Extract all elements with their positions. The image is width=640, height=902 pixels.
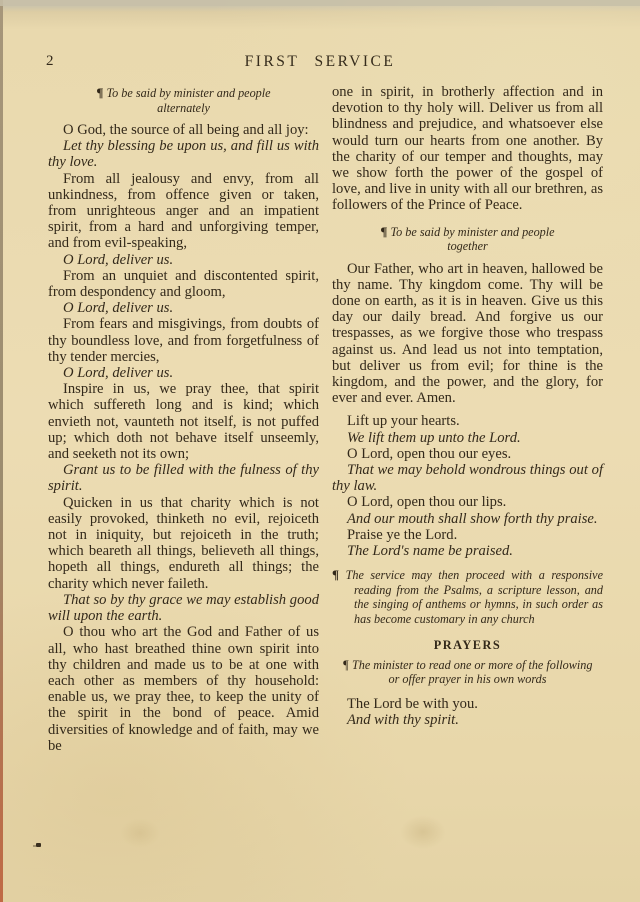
prayer-paragraph: Quicken in us that charity which is not … [48, 495, 319, 592]
versicle: O Lord, open thou our eyes. [332, 446, 603, 462]
rubric-together: ¶ To be said by minister and people toge… [332, 225, 603, 254]
rubric-line-2: together [332, 239, 603, 254]
paper-stain [400, 815, 446, 849]
versicle: The Lord be with you. [332, 696, 603, 712]
rubric-line-1: ¶ To be said by minister and people [332, 225, 603, 240]
right-column-body: one in spirit, in brotherly affection an… [332, 84, 603, 214]
prayers-heading: PRAYERS [332, 638, 603, 653]
versicle-response: And our mouth shall show forth thy prais… [332, 511, 603, 527]
versicle-response: O Lord, deliver us. [48, 300, 319, 316]
rubric-text: To be said by minister and people [391, 225, 555, 239]
lords-prayer-block: Our Father, who art in heaven, hallowed … [332, 261, 603, 407]
pilcrow-mark: ¶ [380, 224, 387, 239]
right-column: one in spirit, in brotherly affection an… [332, 84, 603, 754]
minister-rubric-note: ¶ The minister to read one or more of th… [332, 658, 603, 687]
prayer-paragraph: From fears and misgivings, from doubts o… [48, 316, 319, 365]
minister-note-line-2: or offer prayer in his own words [332, 672, 603, 687]
versicle-response: Grant us to be filled with the fulness o… [48, 462, 319, 494]
versicle-response: O Lord, deliver us. [48, 365, 319, 381]
prayer-paragraph: O God, the source of all being and all j… [48, 122, 319, 138]
versicle: O Lord, open thou our lips. [332, 494, 603, 510]
rubric-line-2: alternately [48, 101, 319, 116]
left-column-body: O God, the source of all being and all j… [48, 122, 319, 754]
scan-top-edge [0, 0, 640, 6]
service-rubric-note: ¶ The service may then proceed with a re… [332, 568, 603, 626]
pilcrow-mark: ¶ [343, 658, 349, 672]
versicle-response: And with thy spirit. [332, 712, 603, 728]
service-rubric-text: The service may then proceed with a resp… [346, 568, 603, 626]
pilcrow-mark: ¶ [332, 567, 339, 582]
closing-versicles-block: The Lord be with you. And with thy spiri… [332, 696, 603, 728]
scan-left-edge [0, 0, 3, 902]
rubric-text: To be said by minister and people [107, 86, 271, 100]
rubric-alternately: ¶ To be said by minister and people alte… [48, 86, 319, 115]
prayer-paragraph: O thou who art the God and Father of us … [48, 624, 319, 754]
versicle: Praise ye the Lord. [332, 527, 603, 543]
pilcrow-mark: ¶ [96, 85, 103, 100]
prayer-paragraph-continued: one in spirit, in brotherly affection an… [332, 84, 603, 214]
versicle-response: We lift them up unto the Lord. [332, 430, 603, 446]
versicle-response: That so by thy grace we may establish go… [48, 592, 319, 624]
versicle-response: That we may behold wondrous things out o… [332, 462, 603, 494]
versicle-response: Let thy blessing be upon us, and fill us… [48, 138, 319, 170]
versicle-response: O Lord, deliver us. [48, 252, 319, 268]
spacer [332, 406, 603, 413]
left-column: ¶ To be said by minister and people alte… [48, 84, 319, 754]
versicle: Lift up your hearts. [332, 413, 603, 429]
rubric-line-1: ¶ To be said by minister and people [48, 86, 319, 101]
minister-note-line-1: ¶ The minister to read one or more of th… [332, 658, 603, 673]
lords-prayer: Our Father, who art in heaven, hallowed … [332, 261, 603, 407]
paper-stain [120, 818, 160, 848]
versicle-response: The Lord's name be praised. [332, 543, 603, 559]
prayer-paragraph: From all jealousy and envy, from all unk… [48, 171, 319, 252]
minister-note-text: The minister to read one or more of the … [352, 658, 592, 672]
prayer-paragraph: From an unquiet and discontented spirit,… [48, 268, 319, 300]
ink-speck [36, 843, 41, 847]
running-head: FIRST SERVICE [0, 53, 640, 71]
book-page: { "page": { "number": "2", "running_head… [0, 0, 640, 902]
versicles-block: Lift up your hearts. We lift them up unt… [332, 413, 603, 559]
two-column-text: ¶ To be said by minister and people alte… [48, 84, 603, 754]
prayer-paragraph: Inspire in us, we pray thee, that spirit… [48, 381, 319, 462]
